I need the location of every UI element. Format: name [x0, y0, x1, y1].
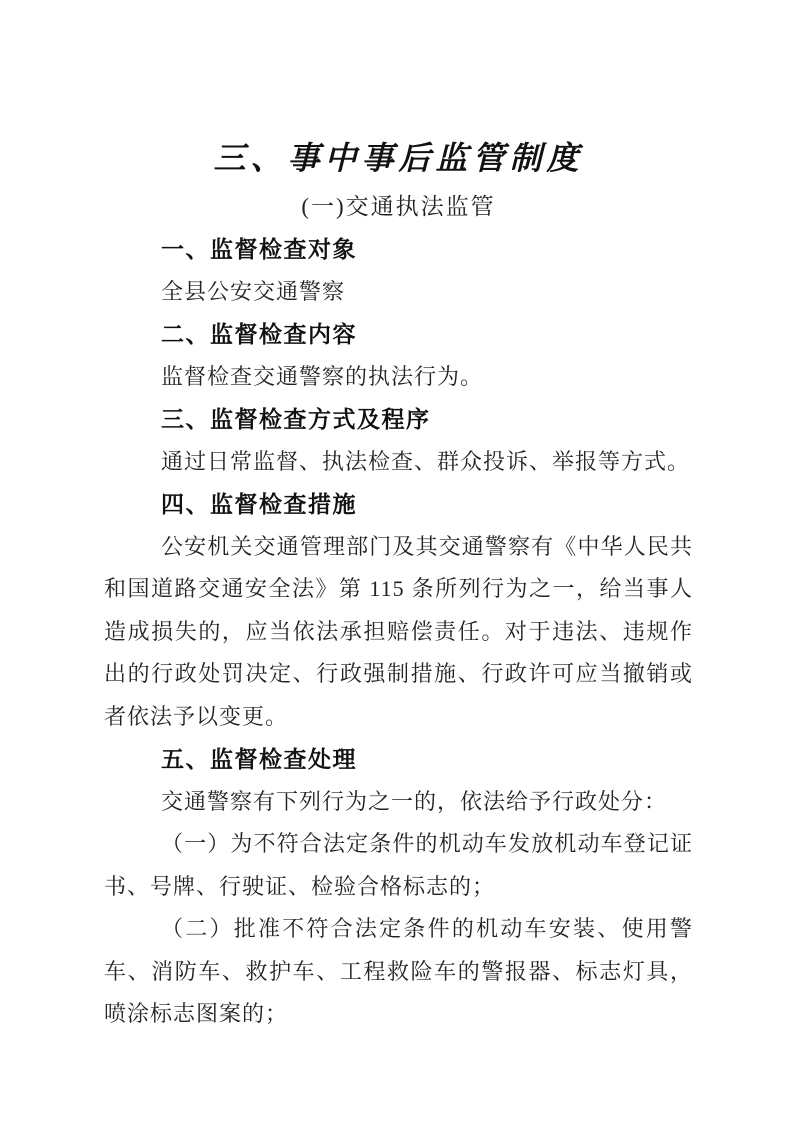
section-heading-4: 四、监督检查措施: [104, 483, 693, 526]
section-5-list-item-1: （一）为不符合法定条件的机动车发放机动车登记证书、号牌、行驶证、检验合格标志的；: [104, 823, 693, 908]
section-heading-3: 三、监督检查方式及程序: [104, 398, 693, 441]
section-heading-2: 二、监督检查内容: [104, 313, 693, 356]
document-page: 三、事中事后监管制度 (一)交通执法监管 一、监督检查对象 全县公安交通警察 二…: [0, 0, 793, 1122]
section-2-paragraph: 监督检查交通警察的执法行为。: [104, 356, 693, 399]
document-body: 一、监督检查对象 全县公安交通警察 二、监督检查内容 监督检查交通警察的执法行为…: [104, 228, 693, 1036]
section-5-list-item-2: （二）批准不符合法定条件的机动车安装、使用警车、消防车、救护车、工程救险车的警报…: [104, 908, 693, 1036]
section-1-paragraph: 全县公安交通警察: [104, 271, 693, 314]
section-3-paragraph: 通过日常监督、执法检查、群众投诉、举报等方式。: [104, 441, 693, 484]
section-heading-1: 一、监督检查对象: [104, 228, 693, 271]
section-5-paragraph-intro: 交通警察有下列行为之一的，依法给予行政处分：: [104, 781, 693, 824]
section-4-paragraph: 公安机关交通管理部门及其交通警察有《中华人民共和国道路交通安全法》第 115 条…: [104, 526, 693, 739]
document-title: 三、事中事后监管制度: [104, 136, 693, 180]
section-heading-5: 五、监督检查处理: [104, 738, 693, 781]
document-subtitle: (一)交通执法监管: [104, 186, 693, 228]
